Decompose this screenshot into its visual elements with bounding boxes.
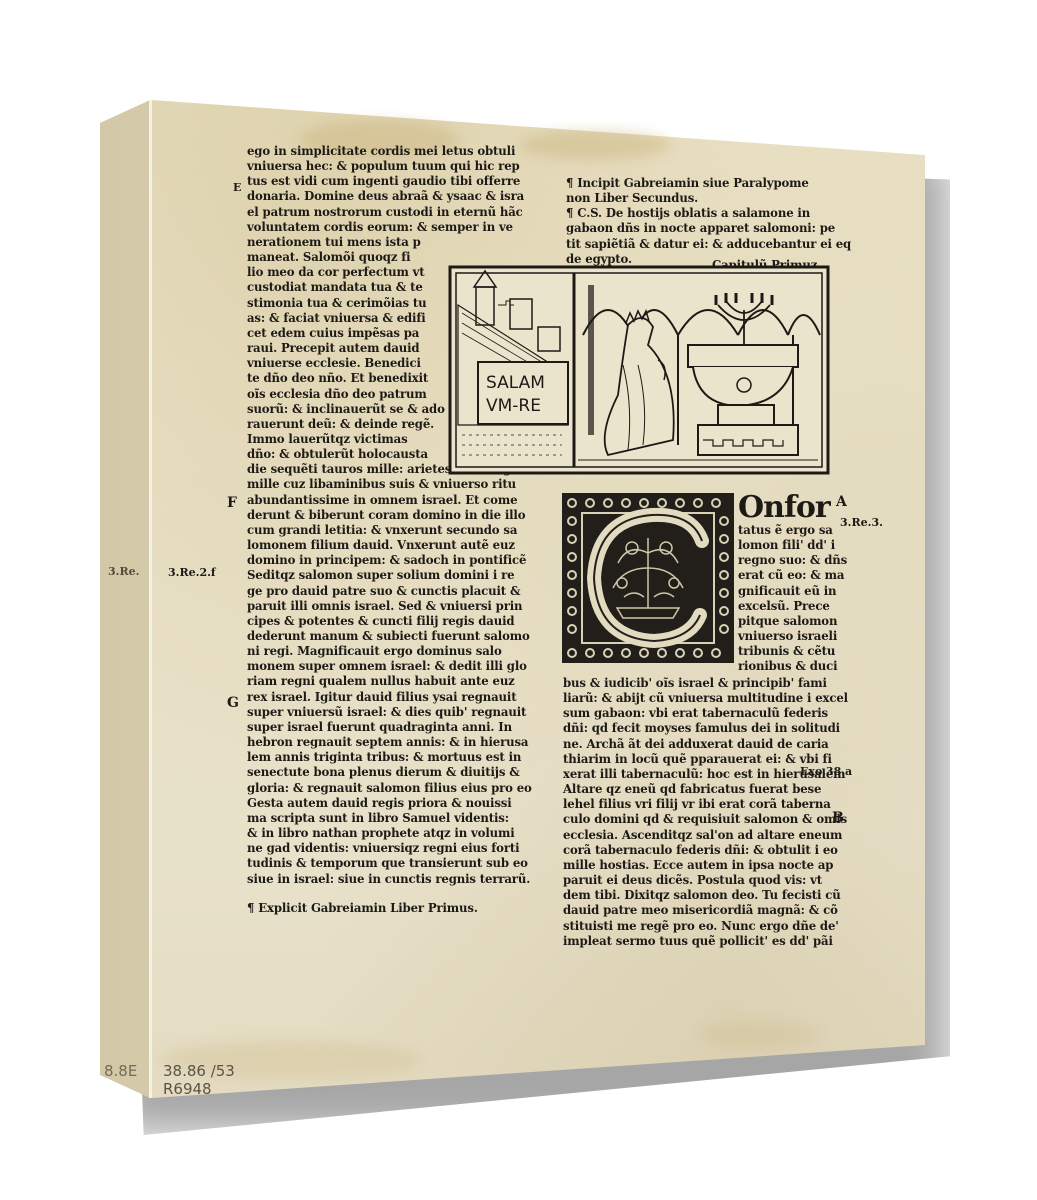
text-beside-initial: tatus ẽ ergo sa lomon fili' dd' i regno … — [738, 523, 852, 675]
text-line: Seditqz salomon super solium domini i re — [247, 568, 535, 583]
text-line: dem tibi. Dixitqz salomon deo. Tu fecist… — [563, 888, 848, 903]
margin-letter-g: G — [227, 695, 239, 711]
incipit-line: non Liber Secundus. — [566, 191, 851, 206]
text-line: dederunt manum & subiecti fuerunt salomo — [247, 629, 535, 644]
text-line: paruit illi omnis israel. Sed & vniuersi… — [247, 599, 535, 614]
text-line: tribunis & cẽtu — [738, 644, 847, 659]
text-line: lomon fili' dd' i — [738, 538, 847, 553]
text-line: super vniuersũ israel: & dies quib' regn… — [247, 705, 535, 720]
text-line: dauid patre meo misericordiã magnã: & cõ — [563, 903, 848, 918]
text-line: erat cũ eo: & ma — [738, 568, 847, 583]
text-line: ecclesia. Ascenditqz sal'on ad altare en… — [563, 828, 848, 843]
text-line: vniuerso israeli — [738, 629, 847, 644]
text-line: domino in principem: & sadoch in pontifi… — [247, 553, 535, 568]
side-pencil-note: 8.8E — [104, 1062, 137, 1080]
text-line: vniuersa hec: & populum tuum qui hic rep — [247, 159, 535, 174]
side-margin-ref: 3.Re. — [108, 565, 139, 578]
text-line: ne. Archã ãt dei adduxerat dauid de cari… — [563, 737, 848, 752]
decorated-initial-c — [562, 493, 734, 663]
text-line: ego in simplicitate cordis mei letus obt… — [247, 144, 535, 159]
text-line: stituisti me regẽ pro eo. Nunc ergo dñe … — [563, 919, 848, 934]
woodcut-illustration-solomon: SALAM VM-RE — [448, 265, 830, 475]
text-line: cipes & potentes & cuncti filij regis da… — [247, 614, 535, 629]
text-line: riam regni qualem nullus habuit ante euz — [247, 674, 535, 689]
right-text-column: bus & iudicib' oĩs israel & principib' f… — [563, 676, 860, 949]
text-line: liarũ: & abijt cũ vniuersa multitudine i… — [563, 691, 848, 706]
text-line: & in libro nathan prophete atqz in volum… — [247, 826, 535, 841]
text-line: pitque salomon — [738, 614, 847, 629]
pencil-accession-number: 38.86 /53 — [163, 1062, 235, 1080]
text-line: tus est vidi cum ingenti gaudio tibi off… — [247, 174, 535, 189]
text-line: gloria: & regnauit salomon filius eius p… — [247, 781, 535, 796]
margin-letter-e: E — [233, 181, 241, 194]
margin-letter-f: F — [227, 495, 237, 511]
explicit-line: ¶ Explicit Gabreiamin Liber Primus. — [247, 901, 535, 916]
paper-stain — [700, 1020, 820, 1050]
text-line: tudinis & temporum que transierunt sub e… — [247, 856, 535, 871]
text-line: lehel filius vri filij vr ibi erat corã … — [563, 797, 848, 812]
text-line: gnificauit eũ in — [738, 584, 847, 599]
text-line: rionibus & duci — [738, 659, 847, 674]
text-line: Altare qz eneũ qd fabricatus fuerat bese — [563, 782, 848, 797]
text-line: voluntatem cordis eorum: & semper in ve — [247, 220, 535, 235]
text-line: bus & iudicib' oĩs israel & principib' f… — [563, 676, 848, 691]
text-line: culo domini qd & requisiuit salomon & om… — [563, 812, 848, 827]
text-line: super israel fuerunt quadraginta anni. I… — [247, 720, 535, 735]
text-line: nerationem tui mens ista p — [247, 235, 535, 250]
text-line: donaria. Domine deus abraã & ysaac & isr… — [247, 189, 535, 204]
text-line: el patrum nostrorum custodi in eternũ hã… — [247, 205, 535, 220]
text-line: abundantissime in omnem israel. Et come — [247, 493, 535, 508]
margin-ref-3-re-2-f: 3.Re.2.f — [168, 566, 216, 579]
text-line: lomonem filium dauid. Vnxerunt autẽ euz — [247, 538, 535, 553]
text-line: maneat. Salomõi quoqz fi — [247, 250, 535, 265]
summary-line: tit sapiẽtiã & datur ei: & adducebantur … — [566, 237, 851, 252]
text-line: tatus ẽ ergo sa — [738, 523, 847, 538]
text-line: paruit ei deus dicẽs. Postula quod vis: … — [563, 873, 848, 888]
text-line: ni regi. Magnificauit ergo dominus salo — [247, 644, 535, 659]
text-line: ge pro dauid patre suo & cunctis placuit… — [247, 584, 535, 599]
text-line: thiarim in locũ quẽ pparauerat ei: & vbi… — [563, 752, 848, 767]
text-line: dñi: qd fecit moyses famulus dei in soli… — [563, 721, 848, 736]
text-line: siue in israel: siue in cunctis regnis t… — [247, 872, 535, 887]
text-line: ma scripta sunt in libro Samuel videntis… — [247, 811, 535, 826]
initial-word: Onfor — [738, 490, 830, 525]
text-line: senectute bona plenus dierum & diuitijs … — [247, 765, 535, 780]
canvas-print-photo: 3.Re. 8.8E E 3.Re.2.f F G ego in simplic… — [0, 0, 1037, 1200]
pencil-accession-code: R6948 — [163, 1080, 212, 1098]
text-line: sum gabaon: vbi erat tabernaculũ federis — [563, 706, 848, 721]
incipit-line: ¶ Incipit Gabreiamin siue Paralypome — [566, 176, 851, 191]
text-line: derunt & biberunt coram domino in die il… — [247, 508, 535, 523]
text-line: regno suo: & dñs — [738, 553, 847, 568]
text-line: Gesta autem dauid regis priora & nouissi — [247, 796, 535, 811]
text-line: xerat illi tabernaculũ: hoc est in hieru… — [563, 767, 848, 782]
banner-text-1: SALAM — [486, 373, 545, 393]
text-line: mille cuz libaminibus suis & vniuerso ri… — [247, 477, 535, 492]
text-line: corã tabernaculo federis dñi: & obtulit … — [563, 843, 848, 858]
margin-letter-a: A — [836, 494, 847, 510]
banner-text-2: VM-RE — [486, 396, 541, 416]
text-line: impleat sermo tuus quẽ pollicit' es dd' … — [563, 934, 848, 949]
text-line: monem super omnem israel: & dedit illi g… — [247, 659, 535, 674]
text-line: excelsũ. Prece — [738, 599, 847, 614]
text-line: mille hostias. Ecce autem in ipsa nocte … — [563, 858, 848, 873]
text-line: lem annis triginta tribus: & mortuus est… — [247, 750, 535, 765]
text-line: ne gad videntis: vniuersiqz regni eius f… — [247, 841, 535, 856]
text-line: cum grandi letitia: & vnxerunt secundo s… — [247, 523, 535, 538]
text-line: hebron regnauit septem annis: & in hieru… — [247, 735, 535, 750]
right-column-heading: ¶ Incipit Gabreiamin siue Paralypome non… — [566, 176, 863, 267]
text-line: rex israel. Igitur dauid filius ysai reg… — [247, 690, 535, 705]
left-text-column: ego in simplicitate cordis mei letus obt… — [247, 144, 547, 916]
summary-line: gabaon dñs in nocte apparet salomoni: pe — [566, 221, 851, 236]
summary-line: ¶ C.S. De hostijs oblatis a salamone in — [566, 206, 851, 221]
